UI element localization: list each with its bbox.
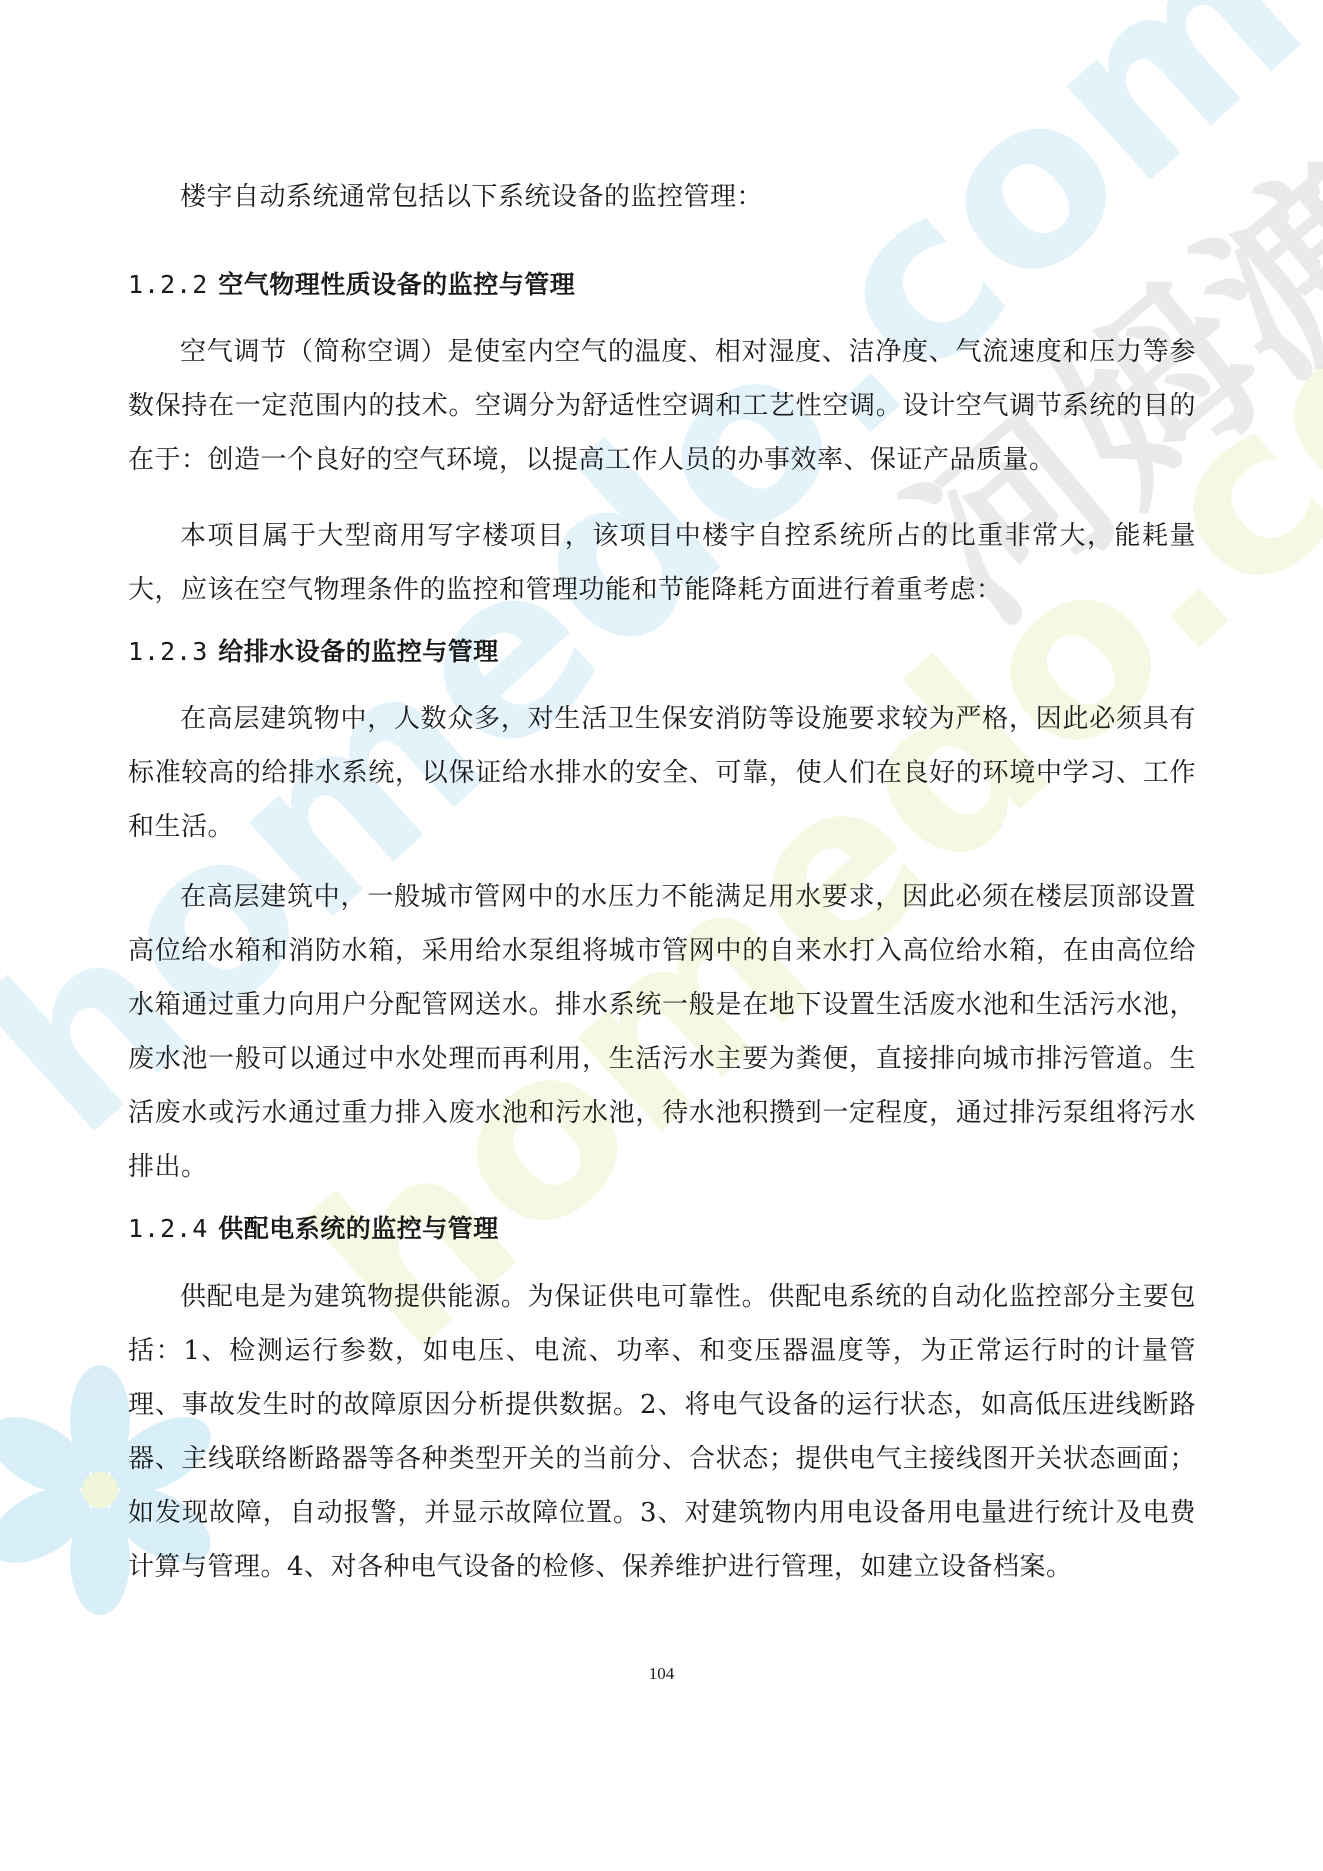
paragraph: 在高层建筑物中，人数众多，对生活卫生保安消防等设施要求较为严格，因此必须具有标准… — [128, 692, 1196, 854]
intro-paragraph: 楼宇自动系统通常包括以下系统设备的监控管理： — [128, 170, 1196, 224]
paragraph: 空气调节（简称空调）是使室内空气的温度、相对湿度、洁净度、气流速度和压力等参数保… — [128, 325, 1196, 487]
section-title: 给排水设备的监控与管理 — [218, 637, 499, 666]
paragraph: 本项目属于大型商用写字楼项目，该项目中楼宇自控系统所占的比重非常大，能耗量大，应… — [128, 509, 1196, 617]
page-number: 104 — [0, 1664, 1323, 1684]
section-heading-1-2-2: 1.2.2空气物理性质设备的监控与管理 — [128, 268, 575, 302]
paragraph: 在高层建筑中，一般城市管网中的水压力不能满足用水要求，因此必须在楼层顶部设置高位… — [128, 870, 1196, 1194]
paragraph: 供配电是为建筑物提供能源。为保证供电可靠性。供配电系统的自动化监控部分主要包括：… — [128, 1270, 1196, 1594]
section-number: 1.2.3 — [128, 637, 208, 666]
section-title: 供配电系统的监控与管理 — [218, 1214, 499, 1243]
section-heading-1-2-4: 1.2.4供配电系统的监控与管理 — [128, 1212, 499, 1246]
section-number: 1.2.2 — [128, 270, 208, 299]
section-heading-1-2-3: 1.2.3给排水设备的监控与管理 — [128, 635, 499, 669]
section-number: 1.2.4 — [128, 1214, 208, 1243]
section-title: 空气物理性质设备的监控与管理 — [218, 270, 575, 299]
